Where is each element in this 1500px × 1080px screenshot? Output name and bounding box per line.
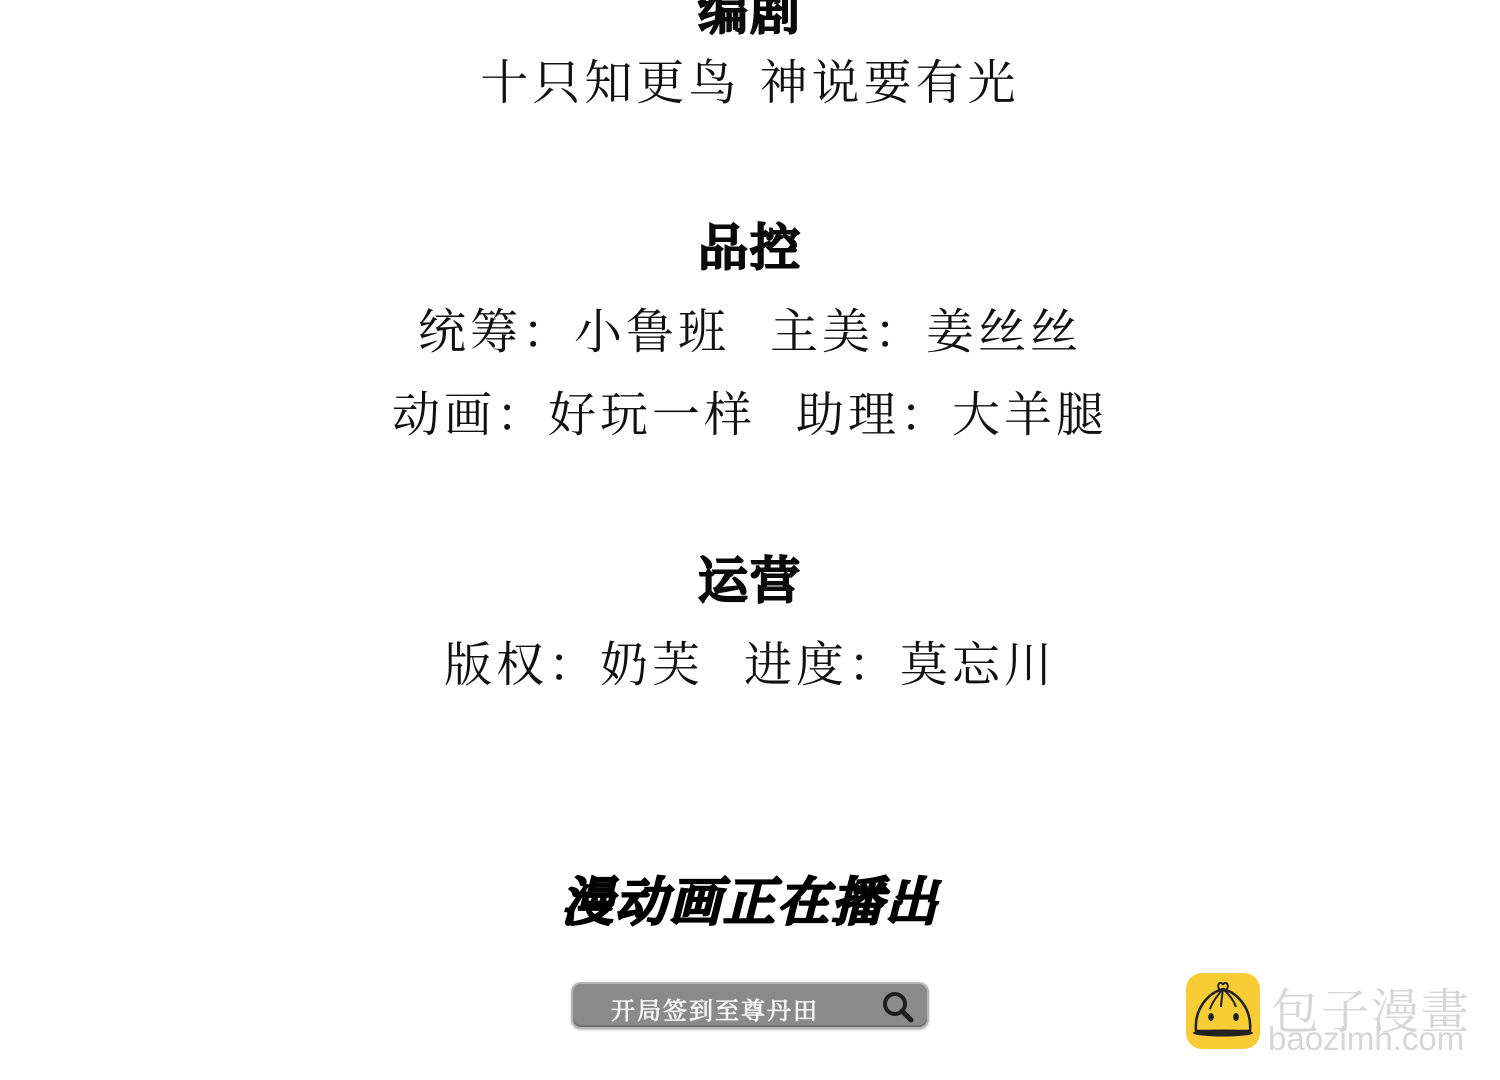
search-icon[interactable] (881, 990, 915, 1024)
credit-name: 姜丝丝 (926, 304, 1082, 360)
search-bar[interactable]: 开局签到至尊丹田 (571, 982, 929, 1029)
quality-control-row: 统筹：小鲁班主美：姜丝丝 (0, 293, 1500, 362)
credit-name: 奶芙 (600, 637, 704, 693)
operations-row: 版权：奶芙进度：莫忘川 (0, 626, 1500, 695)
credit-name: 大羊腿 (952, 387, 1108, 443)
writers-names: 十只知更鸟 神说要有光 (0, 44, 1500, 113)
quality-control-heading: 品控 (0, 208, 1500, 280)
watermark-logo: 包子漫畫 baozimh.com (1186, 973, 1482, 1057)
brand-url: baozimh.com (1268, 1020, 1464, 1058)
quality-control-row: 动画：好玩一样助理：大羊腿 (0, 376, 1500, 445)
role-label: 动画： (392, 387, 548, 443)
writers-heading: 编剧 (0, 0, 1500, 44)
role-label: 主美： (770, 304, 926, 360)
credit-name: 莫忘川 (900, 637, 1056, 693)
search-query-text: 开局签到至尊丹田 (611, 991, 819, 1026)
role-label: 助理： (796, 387, 952, 443)
role-label: 版权： (444, 637, 600, 693)
credit-name: 好玩一样 (548, 387, 756, 443)
role-label: 统筹： (418, 304, 574, 360)
now-airing-title: 漫动画正在播出 (0, 860, 1500, 935)
credit-name: 小鲁班 (574, 304, 730, 360)
role-label: 进度： (744, 637, 900, 693)
steamed-bun-icon (1186, 973, 1260, 1049)
operations-heading: 运营 (0, 541, 1500, 613)
logo-badge (1186, 973, 1260, 1049)
